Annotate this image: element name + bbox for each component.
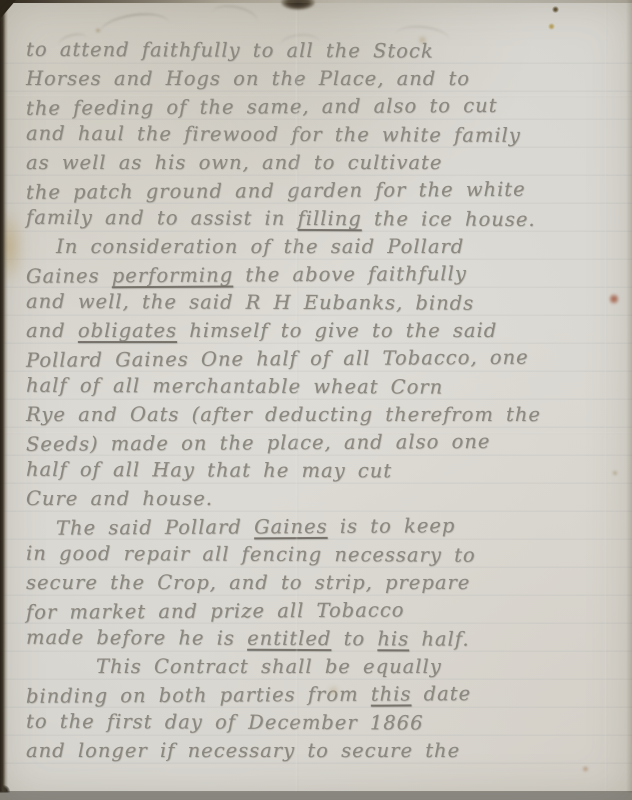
- manuscript-line: Seeds) made on the place, and also one: [0, 427, 632, 459]
- text-segment: family and to assist in: [26, 206, 298, 230]
- manuscript-line: to attend faithfully to all the Stock: [0, 36, 632, 67]
- manuscript-line: made before he is entitled to his half.: [0, 624, 632, 655]
- underlined-text: filling: [298, 207, 362, 230]
- underlined-text: performing: [112, 264, 234, 288]
- scan-edge-top: [0, 0, 632, 3]
- text-segment: to attend faithfully to all the Stock: [26, 38, 434, 63]
- text-segment: and: [26, 319, 78, 342]
- manuscript-line: secure the Crop, and to strip, prepare: [0, 569, 632, 597]
- text-segment: to the first day of December 1866: [26, 710, 424, 735]
- text-segment: and haul the firewood for the white fami…: [26, 122, 521, 147]
- manuscript-line: and longer if necessary to secure the: [0, 737, 632, 765]
- manuscript-line: family and to assist in filling the ice …: [0, 204, 632, 235]
- text-segment: half.: [409, 627, 469, 650]
- stain-top-right-dark: [552, 6, 559, 13]
- scan-edge-right: [626, 0, 632, 800]
- manuscript: to attend faithfully to all the StockHor…: [0, 37, 632, 765]
- underlined-text: his: [377, 627, 409, 650]
- underlined-text: this: [371, 682, 412, 705]
- scan-edge-left: [0, 0, 8, 800]
- manuscript-line: half of all merchantable wheat Corn: [0, 372, 632, 403]
- text-segment: binding on both parties from: [26, 683, 371, 708]
- text-segment: made before he is: [26, 626, 247, 650]
- manuscript-line: Pollard Gaines One half of all Tobacco, …: [0, 343, 632, 375]
- text-segment: and longer if necessary to secure the: [26, 739, 460, 762]
- manuscript-line: Horses and Hogs on the Place, and to: [0, 65, 632, 93]
- underlined-text: entitled: [247, 627, 331, 650]
- manuscript-line: Cure and house.: [0, 485, 632, 513]
- underlined-text: obligates: [78, 319, 177, 342]
- text-segment: secure the Crop, and to strip, prepare: [26, 571, 470, 594]
- text-segment: for market and prize all Tobacco: [26, 598, 405, 623]
- manuscript-line: for market and prize all Tobacco: [0, 595, 632, 627]
- manuscript-line: the feeding of the same, and also to cut: [0, 91, 632, 123]
- text-segment: and well, the said R H Eubanks, binds: [26, 290, 474, 315]
- manuscript-line: In consideration of the said Pollard: [0, 233, 632, 261]
- text-segment: In consideration of the said Pollard: [56, 235, 464, 258]
- scan-edge-bottom: [0, 791, 632, 800]
- text-segment: to: [331, 627, 377, 650]
- text-segment: Horses and Hogs on the Place, and to: [26, 67, 470, 90]
- text-segment: the patch ground and garden for the whit…: [26, 178, 526, 204]
- underlined-text: Gaines: [254, 515, 328, 538]
- text-segment: Gaines: [26, 264, 112, 288]
- text-segment: in good repair all fencing necessary to: [26, 542, 476, 567]
- manuscript-line: the patch ground and garden for the whit…: [0, 175, 632, 207]
- manuscript-line: binding on both parties from this date: [0, 679, 632, 711]
- text-segment: the feeding of the same, and also to cut: [26, 94, 498, 120]
- text-segment: Pollard Gaines One half of all Tobacco, …: [26, 346, 529, 372]
- text-segment: Seeds) made on the place, and also one: [26, 430, 491, 456]
- manuscript-line: in good repair all fencing necessary to: [0, 540, 632, 571]
- text-segment: the ice house.: [362, 207, 536, 231]
- foxing-spot: [95, 28, 101, 33]
- manuscript-line: and haul the firewood for the white fami…: [0, 120, 632, 151]
- text-segment: Rye and Oats (after deducting therefrom …: [26, 403, 541, 426]
- manuscript-line: Gaines performing the above faithfully: [0, 259, 632, 291]
- text-segment: as well as his own, and to cultivate: [26, 151, 442, 174]
- manuscript-line: and obligates himself to give to the sai…: [0, 317, 632, 345]
- text-segment: is to keep: [328, 514, 456, 538]
- manuscript-line: half of all Hay that he may cut: [0, 456, 632, 487]
- manuscript-line: The said Pollard Gaines is to keep: [0, 511, 632, 543]
- text-segment: Cure and house.: [26, 487, 213, 510]
- manuscript-line: This Contract shall be equally: [0, 653, 632, 681]
- manuscript-line: Rye and Oats (after deducting therefrom …: [0, 401, 632, 429]
- text-segment: himself to give to the said: [177, 319, 497, 342]
- document-scan: to attend faithfully to all the StockHor…: [0, 0, 632, 800]
- manuscript-line: as well as his own, and to cultivate: [0, 149, 632, 177]
- text-segment: This Contract shall be equally: [96, 655, 442, 678]
- text-segment: the above faithfully: [233, 262, 467, 286]
- manuscript-line: to the first day of December 1866: [0, 708, 632, 739]
- text-segment: half of all Hay that he may cut: [26, 458, 392, 483]
- text-segment: half of all merchantable wheat Corn: [26, 374, 443, 399]
- bleedthrough-mark: [210, 1, 260, 32]
- text-segment: date: [411, 682, 471, 705]
- manuscript-line: and well, the said R H Eubanks, binds: [0, 288, 632, 319]
- stain-top-right-yellow: [548, 23, 555, 30]
- text-segment: The said Pollard: [56, 515, 254, 539]
